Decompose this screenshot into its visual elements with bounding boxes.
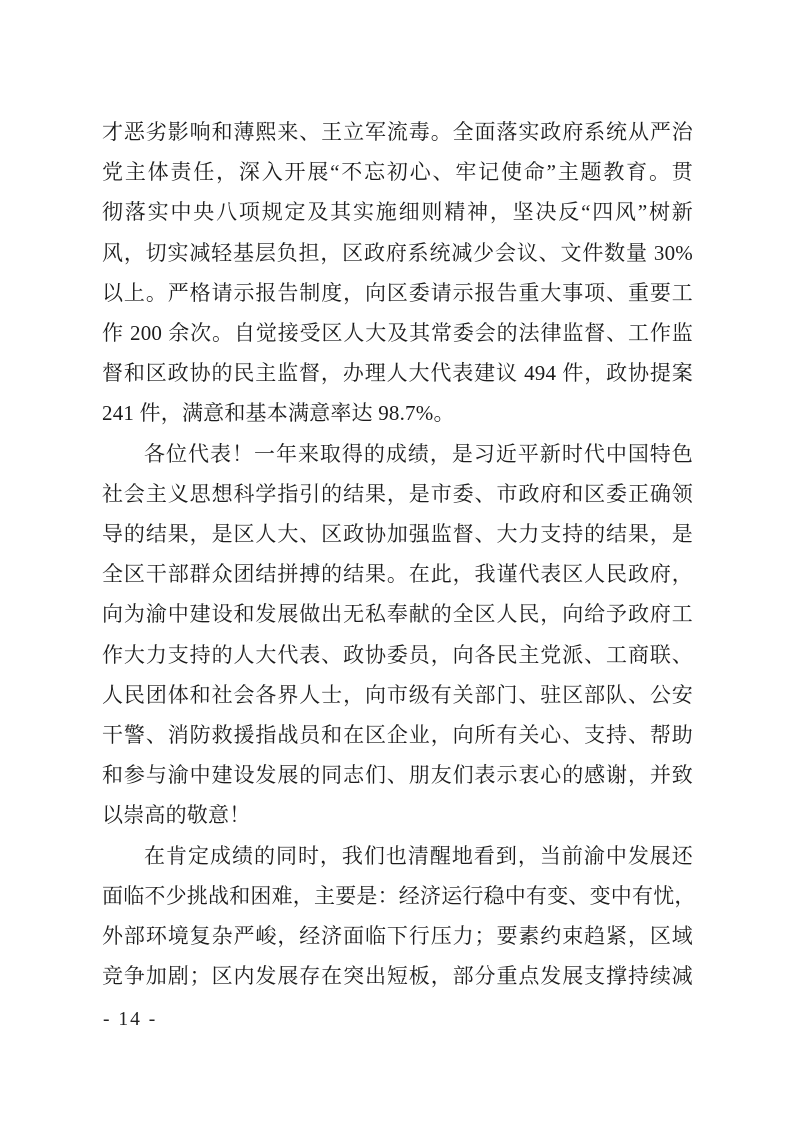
text-line: 党主体责任，深入开展“不忘初心、牢记使命”主题教育。贯	[102, 152, 693, 192]
text-line: 外部环境复杂严峻，经济面临下行压力；要素约束趋紧，区域	[102, 916, 693, 956]
document-body: 才恶劣影响和薄熙来、王立军流毒。全面落实政府系统从严治党主体责任，深入开展“不忘…	[102, 112, 693, 996]
text-line: 在肯定成绩的同时，我们也清醒地看到，当前渝中发展还	[102, 836, 693, 876]
text-line: 导的结果，是区人大、区政协加强监督、大力支持的结果，是	[102, 514, 693, 554]
text-line: 以崇高的敬意！	[102, 795, 693, 835]
text-line: 作大力支持的人大代表、政协委员，向各民主党派、工商联、	[102, 635, 693, 675]
text-line: 干警、消防救援指战员和在区企业，向所有关心、支持、帮助	[102, 715, 693, 755]
text-line: 风，切实减轻基层负担，区政府系统减少会议、文件数量 30%	[102, 233, 693, 273]
text-line: 241 件，满意和基本满意率达 98.7%。	[102, 393, 693, 433]
text-line: 才恶劣影响和薄熙来、王立军流毒。全面落实政府系统从严治	[102, 112, 693, 152]
text-line: 竞争加剧；区内发展存在突出短板，部分重点发展支撑持续减	[102, 956, 693, 996]
text-line: 和参与渝中建设发展的同志们、朋友们表示衷心的感谢，并致	[102, 755, 693, 795]
page-number: - 14 -	[103, 1008, 157, 1032]
text-line: 各位代表！一年来取得的成绩，是习近平新时代中国特色	[102, 434, 693, 474]
text-line: 人民团体和社会各界人士，向市级有关部门、驻区部队、公安	[102, 675, 693, 715]
text-line: 社会主义思想科学指引的结果，是市委、市政府和区委正确领	[102, 474, 693, 514]
text-line: 以上。严格请示报告制度，向区委请示报告重大事项、重要工	[102, 273, 693, 313]
text-line: 面临不少挑战和困难，主要是：经济运行稳中有变、变中有忧，	[102, 876, 693, 916]
text-line: 督和区政协的民主监督，办理人大代表建议 494 件，政协提案	[102, 353, 693, 393]
text-line: 向为渝中建设和发展做出无私奉献的全区人民，向给予政府工	[102, 594, 693, 634]
text-line: 作 200 余次。自觉接受区人大及其常委会的法律监督、工作监	[102, 313, 693, 353]
document-page: 才恶劣影响和薄熙来、王立军流毒。全面落实政府系统从严治党主体责任，深入开展“不忘…	[0, 0, 793, 1122]
text-line: 全区干部群众团结拼搏的结果。在此，我谨代表区人民政府，	[102, 554, 693, 594]
text-line: 彻落实中央八项规定及其实施细则精神，坚决反“四风”树新	[102, 192, 693, 232]
